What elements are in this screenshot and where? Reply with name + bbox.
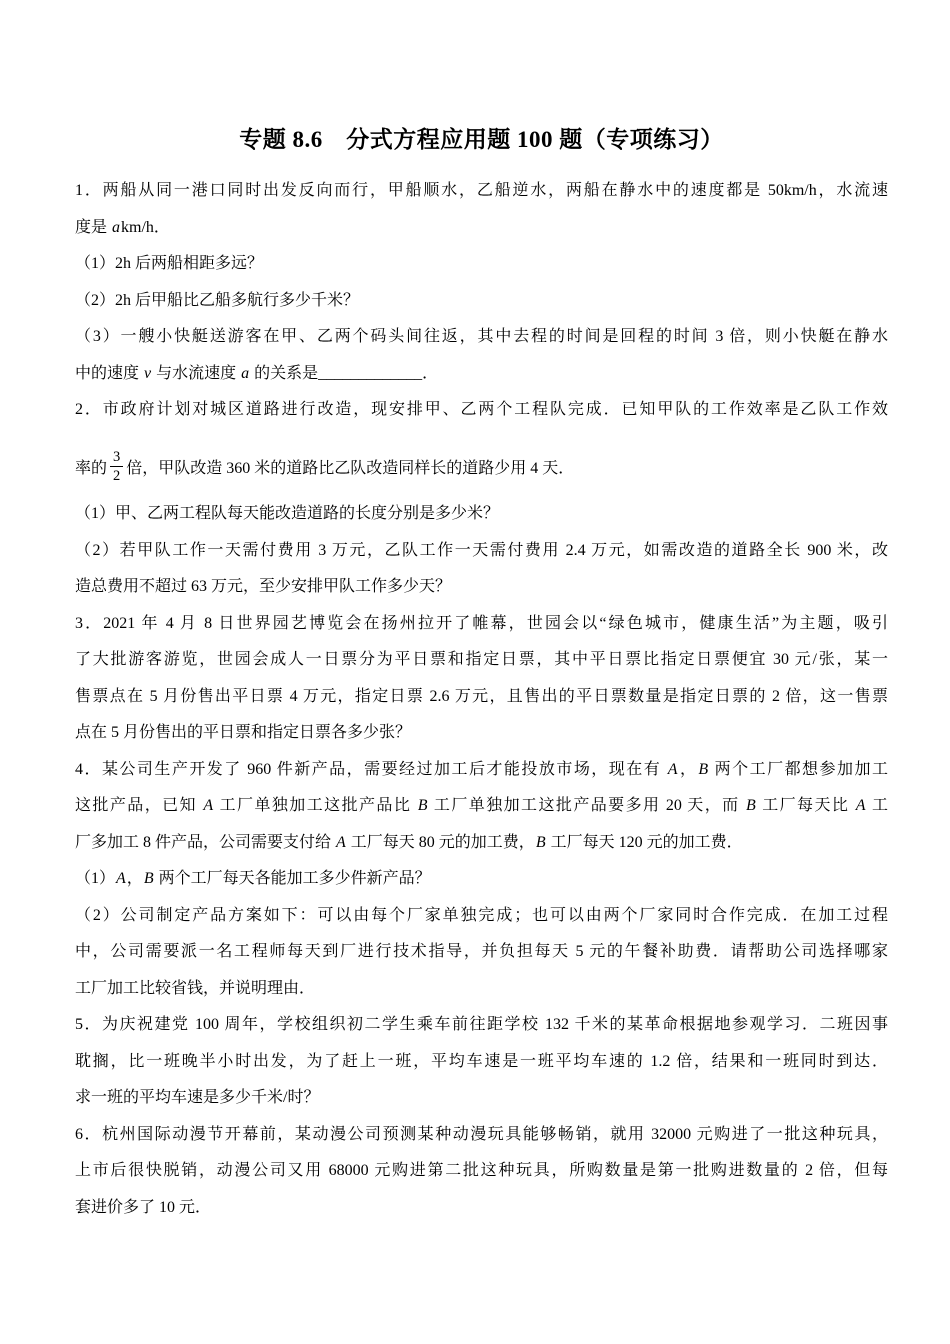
- text-run: （3）一艘小快艇送游客在甲、乙两个码头间往返，其中去程的时间是回程的时间 3 倍…: [75, 328, 888, 345]
- text-run: 工: [867, 797, 888, 814]
- math-variable: A: [115, 870, 127, 887]
- text-run: 求一班的平均车速是多少千米/时？: [75, 1089, 319, 1106]
- text-run: 中，公司需要派一名工程师每天到厂进行技术指导，并负担每天 5 元的午餐补助费．请…: [75, 943, 888, 960]
- text-line: （1）2h 后两船相距多远？: [75, 246, 888, 283]
- text-run: （1）: [75, 870, 115, 887]
- paragraph: 2．市政府计划对城区道路进行改造，现安排甲、乙两个工程队完成．已知甲队的工作效率…: [75, 392, 888, 496]
- text-run: 工厂单独加工这批产品比: [214, 797, 417, 814]
- text-line: 2．市政府计划对城区道路进行改造，现安排甲、乙两个工程队完成．已知甲队的工作效率…: [75, 392, 888, 429]
- text-run: 度是: [75, 219, 111, 236]
- text-run: km/h．: [121, 219, 170, 236]
- math-variable: B: [535, 834, 547, 851]
- text-line: 5．为庆祝建党 100 周年，学校组织初二学生乘车前往距学校 132 千米的某革…: [75, 1007, 888, 1044]
- text-run: （2）公司制定产品方案如下：可以由每个厂家单独完成；也可以由两个厂家同时合作完成…: [75, 907, 888, 924]
- text-line: 了大批游客游览，世园会成人一日票分为平日票和指定日票，其中平日票比指定日票便宜 …: [75, 642, 888, 679]
- text-run: 造总费用不超过 63 万元，至少安排甲队工作多少天？: [75, 578, 451, 595]
- text-run: 3．2021 年 4 月 8 日世界园艺博览会在扬州拉开了帷幕，世园会以“绿色城…: [75, 615, 888, 632]
- text-line: （2）公司制定产品方案如下：可以由每个厂家单独完成；也可以由两个厂家同时合作完成…: [75, 898, 888, 935]
- text-line: 求一班的平均车速是多少千米/时？: [75, 1080, 888, 1117]
- text-run: 售票点在 5 月份售出平日票 4 万元，指定日票 2.6 万元，且售出的平日票数…: [75, 688, 888, 705]
- text-line: 耽搁，比一班晚半小时出发，为了赶上一班，平均车速是一班平均车速的 1.2 倍，结…: [75, 1044, 888, 1081]
- math-variable: A: [202, 797, 214, 814]
- paragraph: （1）甲、乙两工程队每天能改造道路的长度分别是多少米？: [75, 496, 888, 533]
- text-run: ，: [127, 870, 143, 887]
- text-line: （2）若甲队工作一天需付费用 3 万元，乙队工作一天需付费用 2.4 万元，如需…: [75, 533, 888, 570]
- text-line: 售票点在 5 月份售出平日票 4 万元，指定日票 2.6 万元，且售出的平日票数…: [75, 679, 888, 716]
- text-line: 度是 akm/h．: [75, 210, 888, 247]
- math-variable: B: [745, 797, 757, 814]
- math-variable: A: [855, 797, 867, 814]
- math-variable: v: [143, 365, 152, 382]
- text-line: （1）A，B 两个工厂每天各能加工多少件新产品？: [75, 861, 888, 898]
- text-run: 与水流速度: [152, 365, 240, 382]
- math-variable: A: [667, 761, 679, 778]
- math-variable: a: [240, 365, 250, 382]
- text-run: 6．杭州国际动漫节开幕前，某动漫公司预测某种动漫玩具能够畅销，就用 32000 …: [75, 1126, 888, 1143]
- paragraph: 1．两船从同一港口同时出发反向而行，甲船顺水，乙船逆水，两船在静水中的速度都是 …: [75, 173, 888, 246]
- paragraph: （3）一艘小快艇送游客在甲、乙两个码头间往返，其中去程的时间是回程的时间 3 倍…: [75, 319, 888, 392]
- text-run: 工厂每天 80 元的加工费，: [347, 834, 535, 851]
- text-run: 工厂加工比较省钱，并说明理由．: [75, 980, 315, 997]
- text-line: 率的32倍，甲队改造 360 米的道路比乙队改造同样长的道路少用 4 天．: [75, 429, 888, 497]
- text-run: 两个工厂每天各能加工多少件新产品？: [155, 870, 431, 887]
- text-run: 1．两船从同一港口同时出发反向而行，甲船顺水，乙船逆水，两船在静水中的速度都是 …: [75, 182, 888, 199]
- text-line: 造总费用不超过 63 万元，至少安排甲队工作多少天？: [75, 569, 888, 606]
- math-variable: B: [697, 761, 709, 778]
- paragraph: （2）公司制定产品方案如下：可以由每个厂家单独完成；也可以由两个厂家同时合作完成…: [75, 898, 888, 1008]
- paragraph: 4．某公司生产开发了 960 件新产品，需要经过加工后才能投放市场，现在有 A，…: [75, 752, 888, 862]
- text-line: 上市后很快脱销，动漫公司又用 68000 元购进第二批这种玩具，所购数量是第一批…: [75, 1153, 888, 1190]
- paragraph: （1）A，B 两个工厂每天各能加工多少件新产品？: [75, 861, 888, 898]
- fraction: 32: [110, 449, 123, 484]
- text-run: 了大批游客游览，世园会成人一日票分为平日票和指定日票，其中平日票比指定日票便宜 …: [75, 651, 888, 668]
- text-run: 5．为庆祝建党 100 周年，学校组织初二学生乘车前往距学校 132 千米的某革…: [75, 1016, 888, 1033]
- paragraph: （1）2h 后两船相距多远？: [75, 246, 888, 283]
- text-line: 6．杭州国际动漫节开幕前，某动漫公司预测某种动漫玩具能够畅销，就用 32000 …: [75, 1117, 888, 1154]
- text-line: 工厂加工比较省钱，并说明理由．: [75, 971, 888, 1008]
- text-run: 4．某公司生产开发了 960 件新产品，需要经过加工后才能投放市场，现在有: [75, 761, 667, 778]
- text-line: 4．某公司生产开发了 960 件新产品，需要经过加工后才能投放市场，现在有 A，…: [75, 752, 888, 789]
- text-run: 耽搁，比一班晚半小时出发，为了赶上一班，平均车速是一班平均车速的 1.2 倍，结…: [75, 1053, 888, 1070]
- text-run: 这批产品，已知: [75, 797, 202, 814]
- text-run: 中的速度: [75, 365, 143, 382]
- text-line: （2）2h 后甲船比乙船多航行多少千米？: [75, 283, 888, 320]
- content: 1．两船从同一港口同时出发反向而行，甲船顺水，乙船逆水，两船在静水中的速度都是 …: [75, 173, 888, 1226]
- text-run: 厂多加工 8 件产品，公司需要支付给: [75, 834, 335, 851]
- text-run: （2）2h 后甲船比乙船多航行多少千米？: [75, 292, 359, 309]
- fraction-numerator: 3: [110, 449, 123, 467]
- text-run: 工厂每天比: [757, 797, 855, 814]
- text-line: 点在 5 月份售出的平日票和指定日票各多少张？: [75, 715, 888, 752]
- text-run: 两个工厂都想参加加工: [709, 761, 888, 778]
- paragraph: （2）若甲队工作一天需付费用 3 万元，乙队工作一天需付费用 2.4 万元，如需…: [75, 533, 888, 606]
- text-run: 上市后很快脱销，动漫公司又用 68000 元购进第二批这种玩具，所购数量是第一批…: [75, 1162, 888, 1179]
- text-run: 倍，甲队改造 360 米的道路比乙队改造同样长的道路少用 4 天．: [126, 460, 574, 477]
- text-line: 厂多加工 8 件产品，公司需要支付给 A 工厂每天 80 元的加工费，B 工厂每…: [75, 825, 888, 862]
- text-line: （1）甲、乙两工程队每天能改造道路的长度分别是多少米？: [75, 496, 888, 533]
- text-run: 套进价多了 10 元．: [75, 1199, 211, 1216]
- text-run: （1）2h 后两船相距多远？: [75, 255, 263, 272]
- text-run: （2）若甲队工作一天需付费用 3 万元，乙队工作一天需付费用 2.4 万元，如需…: [75, 542, 888, 559]
- document-page: 专题 8.6 分式方程应用题 100 题（专项练习） 1．两船从同一港口同时出发…: [0, 0, 950, 1344]
- math-variable: B: [143, 870, 155, 887]
- math-variable: A: [335, 834, 347, 851]
- text-run: 点在 5 月份售出的平日票和指定日票各多少张？: [75, 724, 411, 741]
- text-line: 这批产品，已知 A 工厂单独加工这批产品比 B 工厂单独加工这批产品要多用 20…: [75, 788, 888, 825]
- math-variable: a: [111, 219, 121, 236]
- text-run: 工厂单独加工这批产品要多用 20 天，而: [429, 797, 746, 814]
- text-run: 工厂每天 120 元的加工费．: [547, 834, 743, 851]
- text-line: 1．两船从同一港口同时出发反向而行，甲船顺水，乙船逆水，两船在静水中的速度都是 …: [75, 173, 888, 210]
- paragraph: 5．为庆祝建党 100 周年，学校组织初二学生乘车前往距学校 132 千米的某革…: [75, 1007, 888, 1117]
- math-variable: B: [417, 797, 429, 814]
- paragraph: 6．杭州国际动漫节开幕前，某动漫公司预测某种动漫玩具能够畅销，就用 32000 …: [75, 1117, 888, 1227]
- text-run: 2．市政府计划对城区道路进行改造，现安排甲、乙两个工程队完成．已知甲队的工作效率…: [75, 401, 888, 418]
- text-run: ，: [678, 761, 697, 778]
- text-run: 的关系是_____________．: [250, 365, 438, 382]
- paragraph: 3．2021 年 4 月 8 日世界园艺博览会在扬州拉开了帷幕，世园会以“绿色城…: [75, 606, 888, 752]
- text-line: 中的速度 v 与水流速度 a 的关系是_____________．: [75, 356, 888, 393]
- paragraph: （2）2h 后甲船比乙船多航行多少千米？: [75, 283, 888, 320]
- text-run: （1）甲、乙两工程队每天能改造道路的长度分别是多少米？: [75, 505, 499, 522]
- document-title: 专题 8.6 分式方程应用题 100 题（专项练习）: [75, 123, 888, 157]
- text-run: 率的: [75, 460, 107, 477]
- text-line: （3）一艘小快艇送游客在甲、乙两个码头间往返，其中去程的时间是回程的时间 3 倍…: [75, 319, 888, 356]
- fraction-denominator: 2: [110, 467, 123, 484]
- text-line: 套进价多了 10 元．: [75, 1190, 888, 1227]
- text-line: 中，公司需要派一名工程师每天到厂进行技术指导，并负担每天 5 元的午餐补助费．请…: [75, 934, 888, 971]
- text-line: 3．2021 年 4 月 8 日世界园艺博览会在扬州拉开了帷幕，世园会以“绿色城…: [75, 606, 888, 643]
